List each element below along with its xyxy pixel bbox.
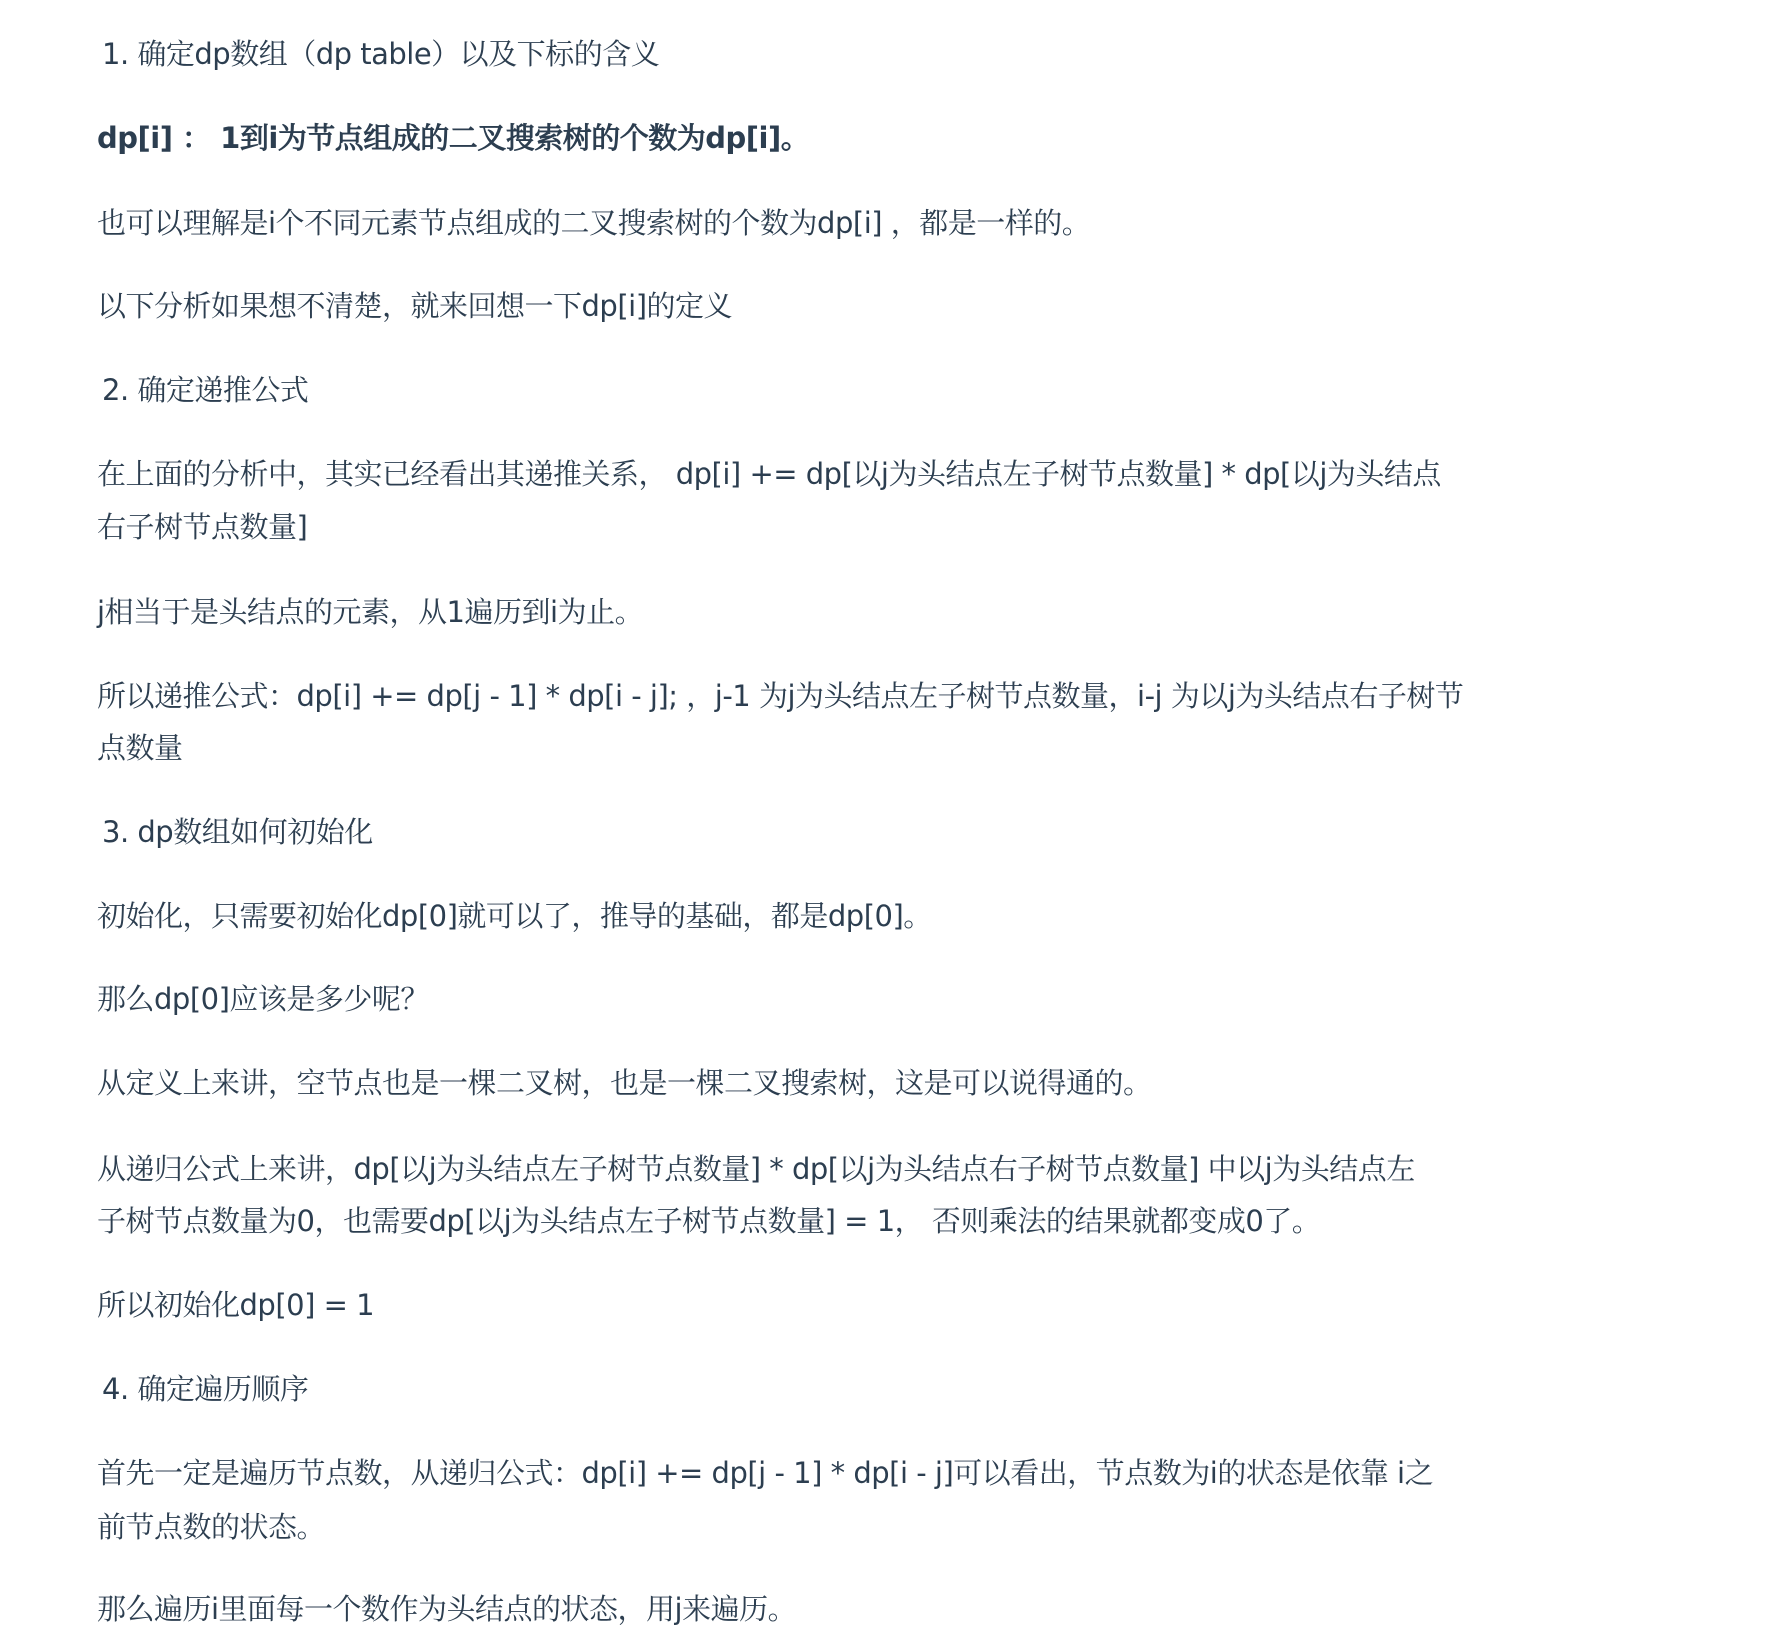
paragraph-init-result: 所以初始化dp[0] = 1 <box>97 1279 374 1332</box>
paragraph-order-line1: 首先一定是遍历节点数，从递归公式：dp[i] += dp[j - 1] * dp… <box>97 1447 1433 1500</box>
paragraph-order-line2: 前节点数的状态。 <box>97 1501 325 1554</box>
paragraph-recursion-view-line2: 子树节点数量为0，也需要dp[以j为头结点左子树节点数量] = 1， 否则乘法的… <box>97 1195 1320 1248</box>
section-heading-4: 4. 确定遍历顺序 <box>102 1363 308 1416</box>
paragraph-recurrence-line2: 右子树节点数量] <box>97 501 307 554</box>
paragraph-traverse-j: 那么遍历i里面每一个数作为头结点的状态，用j来遍历。 <box>97 1583 796 1636</box>
section-heading-3: 3. dp数组如何初始化 <box>102 806 373 859</box>
paragraph-definition-view: 从定义上来讲，空节点也是一棵二叉树，也是一棵二叉搜索树，这是可以说得通的。 <box>97 1057 1152 1110</box>
paragraph-alt-definition: 也可以理解是i个不同元素节点组成的二叉搜索树的个数为dp[i] ，都是一样的。 <box>97 197 1090 250</box>
paragraph-j-meaning: j相当于是头结点的元素，从1遍历到i为止。 <box>97 586 643 639</box>
paragraph-recursion-view-line1: 从递归公式上来讲，dp[以j为头结点左子树节点数量] * dp[以j为头结点右子… <box>97 1143 1415 1196</box>
section-heading-2: 2. 确定递推公式 <box>102 364 308 417</box>
paragraph-recurrence-line1: 在上面的分析中，其实已经看出其递推关系， dp[i] += dp[以j为头结点左… <box>97 448 1441 501</box>
section-heading-1: 1. 确定dp数组（dp table）以及下标的含义 <box>102 28 659 81</box>
dp-definition-bold: dp[i] ： 1到i为节点组成的二叉搜索树的个数为dp[i]。 <box>97 112 809 165</box>
paragraph-init-question: 那么dp[0]应该是多少呢？ <box>97 973 429 1026</box>
paragraph-hint: 以下分析如果想不清楚，就来回想一下dp[i]的定义 <box>97 280 732 333</box>
paragraph-formula-line1: 所以递推公式：dp[i] += dp[j - 1] * dp[i - j]; ，… <box>97 670 1463 723</box>
paragraph-init: 初始化，只需要初始化dp[0]就可以了，推导的基础，都是dp[0]。 <box>97 890 932 943</box>
paragraph-formula-line2: 点数量 <box>97 722 183 775</box>
